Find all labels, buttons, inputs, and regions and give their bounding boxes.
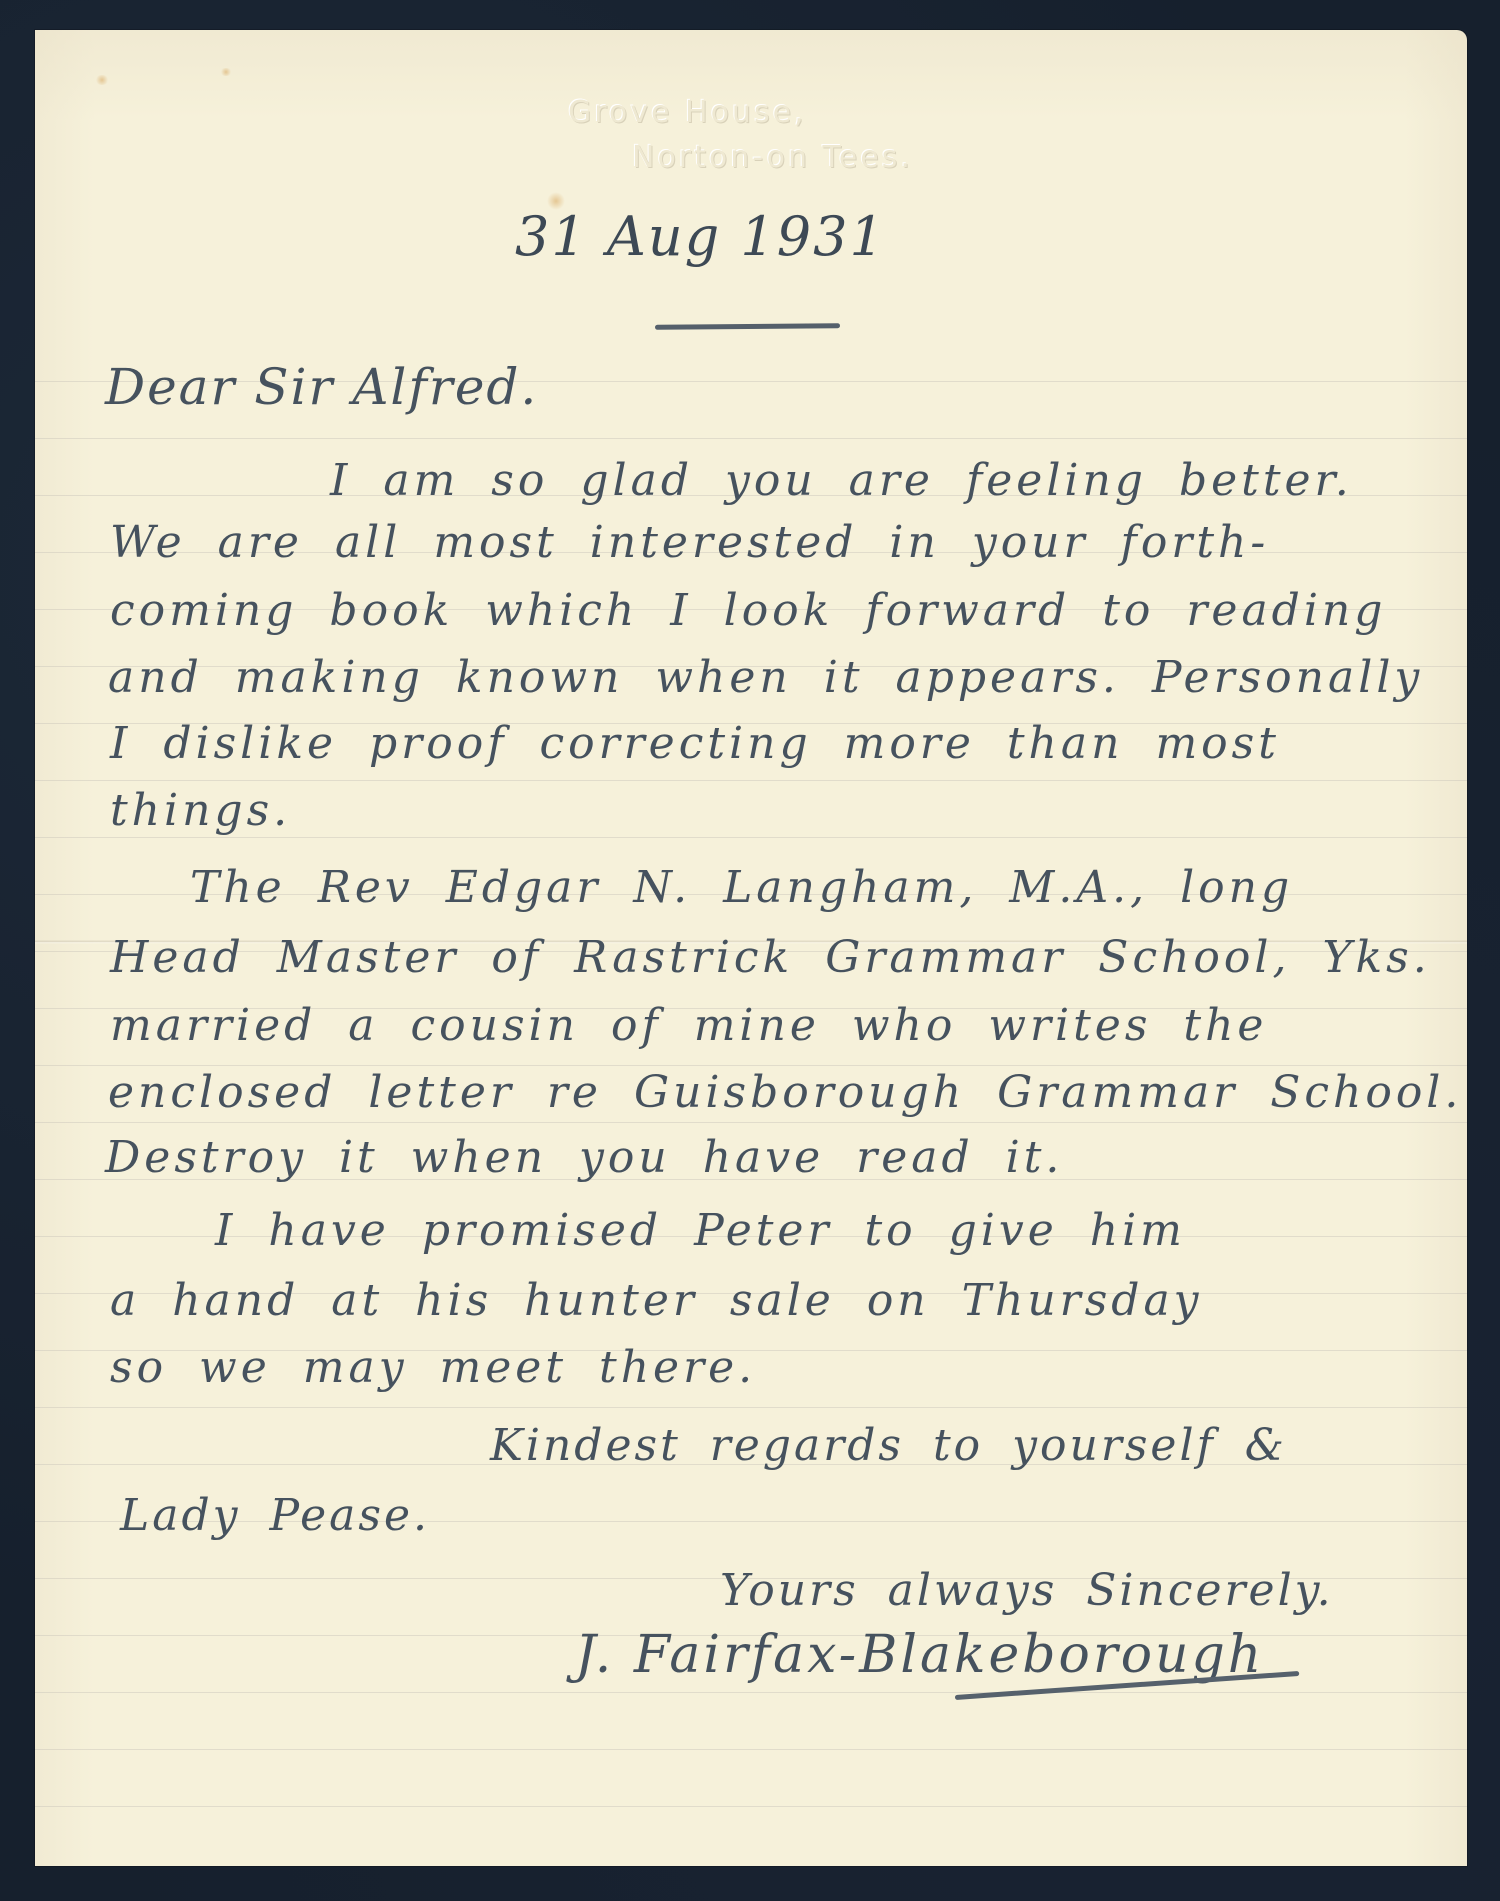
body-line: I have promised Peter to give him bbox=[215, 1205, 1186, 1256]
body-line: I am so glad you are feeling better. bbox=[330, 455, 1353, 506]
body-line: coming book which I look forward to read… bbox=[110, 585, 1386, 636]
body-line: Destroy it when you have read it. bbox=[105, 1132, 1063, 1183]
closing-regards: Kindest regards to yourself & bbox=[490, 1420, 1287, 1471]
foxing-stain bbox=[95, 75, 109, 85]
letterhead-town: Norton-on Tees. bbox=[632, 140, 913, 175]
foxing-stain bbox=[220, 68, 232, 76]
body-line: I dislike proof correcting more than mos… bbox=[110, 718, 1280, 769]
body-line: The Rev Edgar N. Langham, M.A., long bbox=[190, 862, 1293, 913]
body-line: so we may meet there. bbox=[110, 1342, 756, 1393]
letterhead-house-name: Grove House, bbox=[568, 95, 807, 130]
body-line: and making known when it appears. Person… bbox=[108, 652, 1423, 703]
body-line: enclosed letter re Guisborough Grammar S… bbox=[108, 1067, 1462, 1118]
body-line: We are all most interested in your forth… bbox=[110, 517, 1269, 568]
signature: J. Fairfax-Blakeborough bbox=[575, 1625, 1264, 1685]
salutation: Dear Sir Alfred. bbox=[105, 358, 538, 416]
body-line: married a cousin of mine who writes the bbox=[110, 1000, 1267, 1051]
body-line: Head Master of Rastrick Grammar School, … bbox=[110, 932, 1431, 983]
body-line: a hand at his hunter sale on Thursday bbox=[110, 1275, 1203, 1326]
closing-regards-continued: Lady Pease. bbox=[120, 1490, 430, 1541]
letter-date: 31 Aug 1931 bbox=[515, 205, 886, 268]
valediction: Yours always Sincerely. bbox=[720, 1565, 1334, 1616]
body-line: things. bbox=[110, 785, 291, 836]
